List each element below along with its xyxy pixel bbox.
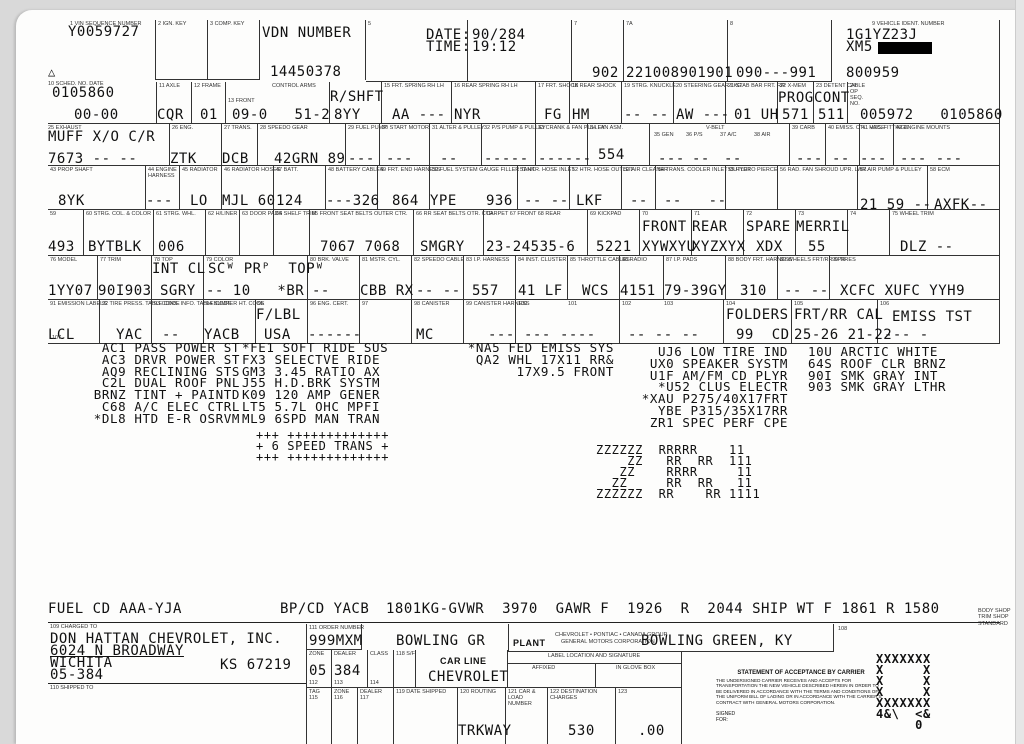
fuel-pump-cell: 29 FUEL PUMP --- bbox=[346, 124, 380, 166]
folders-cell: 104 FOLDERS 99 CD bbox=[724, 300, 792, 344]
zone2-cell: ZONE 116 bbox=[332, 688, 358, 744]
box70-label: 70 bbox=[642, 211, 648, 217]
alter-cell: 31 ALTER & PULLEY -- bbox=[430, 124, 482, 166]
top-value: SGRY bbox=[160, 284, 196, 298]
rr-seat-belts-value: SMGRY bbox=[420, 240, 465, 254]
frt-end-harness-value: 864 bbox=[392, 194, 419, 208]
cluster-value: 41 LF bbox=[518, 284, 563, 298]
fan-value: 554 bbox=[598, 148, 625, 162]
vbelt-label: V-BELT bbox=[706, 125, 725, 131]
box71-cell: 71 REAR XYZXYX bbox=[692, 210, 744, 256]
rear-spring-label: 16 REAR SPRING RH LH bbox=[454, 83, 518, 89]
order-number-cell: 111 ORDER NUMBER 999MXM bbox=[306, 624, 362, 650]
gen-value: --- bbox=[658, 152, 685, 166]
steering-cell: 20 STEERING GEAR LKG AW --- bbox=[674, 82, 726, 124]
cont-text: CONT bbox=[814, 91, 850, 105]
option-line: TRIM SHOP bbox=[978, 614, 1011, 620]
prop-shaft-value: 8YK bbox=[58, 194, 85, 208]
options-col-2: *FE1 SOFT RIDE SUSFX3 SELECTVE RIDEGM3 3… bbox=[242, 342, 432, 425]
rshft-value: 8YY bbox=[334, 108, 361, 122]
rshft-label: R/SHFT bbox=[330, 90, 384, 104]
speedo-label: 28 SPEEDO GEAR bbox=[260, 125, 308, 131]
gvwr-line: 1801KG-GVWR 3970 GAWR F 1926 R 2044 SHIP… bbox=[386, 602, 940, 616]
trans-cooler-value: -- -- bbox=[664, 194, 727, 208]
model-value: 1YY07 bbox=[48, 284, 93, 298]
folders-title: FOLDERS bbox=[726, 308, 789, 322]
trim-value: 90I903 bbox=[98, 284, 152, 298]
rad-hoses-cell: 46 RADIATOR HOSES MJL 60 bbox=[222, 166, 274, 210]
car-load-label: 121 CAR & LOAD NUMBER bbox=[508, 689, 548, 707]
start-motor-label: 30 START MOTOR bbox=[382, 125, 429, 131]
shipped-to-label: 110 SHIPPED TO bbox=[50, 685, 93, 691]
trans-value: DCB bbox=[222, 152, 249, 166]
box95-top: F/LBL bbox=[256, 308, 301, 322]
speedo-cell: 28 SPEEDO GEAR 42GRN 89 bbox=[258, 124, 346, 166]
box100-label: 100 bbox=[518, 301, 527, 307]
box102-label: 102 bbox=[622, 301, 631, 307]
front-seat-belts-label: 65 FRONT SEAT BELTS OUTER CTR. bbox=[312, 211, 408, 217]
dealer-code: 05-384 bbox=[50, 668, 104, 682]
sched-cell: 10 SCHED. NO. DATE 0105860 00-00 bbox=[48, 80, 156, 124]
knuckle-label: 19 STRG. KNUCKLE bbox=[624, 83, 676, 89]
control-arms-cell: CONTROL ARMS 13 FRONT 09-0 51-2 bbox=[226, 82, 330, 124]
htr-inlet-cell: 51 HTR. HOSE INLET -- -- bbox=[518, 166, 570, 210]
exhaust-value: 7673 -- -- bbox=[48, 152, 137, 166]
cal-cell: 105 FRT/RR CAL 25-26 21-22 bbox=[792, 300, 878, 344]
date-cell: 5 DATE: TIME: bbox=[366, 20, 468, 82]
eng-cell: 26 ENG. ZTK bbox=[170, 124, 222, 166]
eng-cert-label: 96 ENG. CERT. bbox=[310, 301, 348, 307]
glove-box-cell: IN GLOVE BOX bbox=[596, 664, 682, 688]
ign-key-label: 2 IGN. KEY bbox=[158, 21, 186, 27]
steering-value: AW --- bbox=[676, 108, 730, 122]
axle-cell: 11 AXLE CQR bbox=[156, 82, 192, 124]
affixed-label: AFFIXED bbox=[532, 665, 555, 671]
trans-cell: 27 TRANS. DCB bbox=[222, 124, 258, 166]
divider bbox=[48, 622, 1000, 623]
dealer2-label: DEALER 117 bbox=[360, 689, 382, 701]
engine-harness-label: 44 ENGINE HARNESS bbox=[148, 167, 180, 179]
label-location-label: LABEL LOCATION AND SIGNATURE bbox=[548, 653, 640, 659]
box72-value: XDX bbox=[756, 240, 783, 254]
batt-cables-cell: 48 BATTERY CABLES ---326 bbox=[326, 166, 378, 210]
triangle-icon: △ bbox=[48, 65, 56, 79]
vac-value: --- bbox=[860, 152, 887, 166]
stab-bar-label: 21 STAB BAR FRT. RR bbox=[728, 83, 785, 89]
comp-key-cell: 3 COMP. KEY bbox=[208, 20, 260, 80]
plant-cell: PLANT CHEVROLET • PONTIAC • CANADA GROUP… bbox=[508, 624, 834, 652]
kickpad-value: 5221 bbox=[596, 240, 632, 254]
fan-cell: 34 FAN ASM. 554 bbox=[588, 124, 650, 166]
box103-label: 103 bbox=[664, 301, 673, 307]
tires-value: XCFC XUFC YYH9 bbox=[840, 284, 965, 298]
box106-label: 106 bbox=[880, 301, 889, 307]
box5-label: 5 bbox=[368, 21, 371, 27]
date-value-cell: 90/284 19:12 bbox=[468, 20, 572, 82]
box101-label: 101 bbox=[568, 301, 577, 307]
emission-labels-label: 91 EMISSION LABELS bbox=[50, 301, 107, 307]
box72-cell: 72 SPARE XDX bbox=[744, 210, 796, 256]
rshft-cell: R/SHFT 8YY bbox=[330, 82, 382, 124]
sf-cell: 118 S/F bbox=[394, 650, 416, 688]
time-value: 19:12 bbox=[472, 40, 517, 54]
signed-for-label: SIGNED FOR: bbox=[716, 711, 738, 723]
option-line: +++ +++++++++++++ bbox=[256, 452, 389, 463]
box70-top: FRONT bbox=[642, 220, 687, 234]
ip-pads-label: 87 I.P. PADS bbox=[666, 257, 697, 263]
frame-cell: 12 FRAME 01 bbox=[192, 82, 226, 124]
box70-cell: 70 FRONT XYWXYU bbox=[640, 210, 692, 256]
carrier-title: STATEMENT OF ACCEPTANCE BY CARRIER bbox=[716, 670, 886, 676]
ps-pump-cell: 32 P/S PUMP & PULLEY ----- bbox=[482, 124, 536, 166]
htr-inlet-label: 51 HTR. HOSE INLET bbox=[520, 167, 575, 173]
psb-label: 36 P/S bbox=[686, 132, 703, 138]
car-load-cell: 121 CAR & LOAD NUMBER bbox=[506, 688, 548, 744]
box8-label: 8 bbox=[730, 21, 733, 27]
dest-charges-value: 530 bbox=[568, 724, 595, 738]
comp-key-label: 3 COMP. KEY bbox=[210, 21, 244, 27]
routing-label: 120 ROUTING bbox=[460, 689, 496, 695]
crank-cell: 33 CRANK & FAN PULLEY ------ bbox=[536, 124, 588, 166]
front-seat-belts-value: 7067 7068 bbox=[320, 240, 400, 254]
ip-harness-cell: 83 I.P. HARNESS 557 bbox=[464, 256, 516, 300]
front-value: 09-0 51-2 bbox=[232, 108, 330, 122]
divider bbox=[48, 683, 306, 684]
box7a-value: 221008901901 bbox=[626, 66, 733, 80]
vbelt-cell: V-BELT 35 GEN 36 P/S 37 A/C 38 AIR --- -… bbox=[650, 124, 790, 166]
date-shipped-cell: 119 DATE SHIPPED bbox=[394, 688, 458, 744]
ecm-label: 58 ECM bbox=[930, 167, 950, 173]
emis-hose-value: -- bbox=[832, 152, 850, 166]
fuel-code: FUEL CD AAA-YJA bbox=[48, 602, 182, 616]
speedo-cable-label: 82 SPEEDO CABLE bbox=[414, 257, 464, 263]
mounts-value: --- --- bbox=[900, 152, 963, 166]
box108-label: 108 bbox=[838, 626, 847, 632]
model-cell: 76 MODEL 1YY07 bbox=[48, 256, 98, 300]
knuckle-value: -- -- bbox=[624, 108, 669, 122]
gen-label: 35 GEN bbox=[654, 132, 674, 138]
rr-seat-belts-cell: 66 RR SEAT BELTS OTR. CTR SMGRY bbox=[414, 210, 484, 256]
throttle-cell: 85 THROTTLE CABLES WCS bbox=[568, 256, 620, 300]
box70-value: XYWXYU bbox=[642, 240, 696, 254]
box7a-label: 7A bbox=[626, 21, 633, 27]
box73-top: MERRIL bbox=[796, 220, 850, 234]
box73-value: 55 bbox=[808, 240, 826, 254]
ip-harness-value: 557 bbox=[472, 284, 499, 298]
option-line: ML9 6SPD MAN TRAN bbox=[242, 413, 432, 425]
zone2-label: ZONE 116 bbox=[334, 689, 352, 701]
cons-info-cell: 93 CONS. INFO. TABLE CODE -- bbox=[152, 300, 204, 344]
options-col-5: 10U ARCTIC WHITE64S ROOF CLR BRNZ90I SMK… bbox=[808, 346, 988, 393]
ip-pads-value: 79-39GY bbox=[664, 284, 727, 298]
box102-cell: 102 103 -- -- -- bbox=[620, 300, 724, 344]
vac-cell: 41 VAC. FITTINGS --- bbox=[860, 124, 894, 166]
mstr-cyl-value: CBB RX bbox=[360, 284, 414, 298]
radio-value: 4151 bbox=[620, 284, 656, 298]
dealer2-cell: DEALER 117 bbox=[358, 688, 394, 744]
canister-cell: 98 CANISTER MC bbox=[412, 300, 464, 344]
charged-to-label: 109 CHARGED TO bbox=[50, 624, 97, 630]
dealer-value: 384 bbox=[334, 664, 361, 678]
rear-shock-label: 18 REAR SHOCK bbox=[572, 83, 616, 89]
body-harness-value: 310 bbox=[740, 284, 767, 298]
axle-label: 11 AXLE bbox=[159, 83, 180, 89]
engine-harness-cell: 44 ENGINE HARNESS --- bbox=[146, 166, 180, 210]
carb-label: 39 CARB bbox=[792, 125, 815, 131]
box102-value: -- -- -- bbox=[628, 328, 699, 342]
rear-shock-value: HM bbox=[572, 108, 590, 122]
options-col-3: *NA5 FED EMISS SYSQA2 WHL 17X11 RR&17X9.… bbox=[434, 342, 614, 377]
date-shipped-label: 119 DATE SHIPPED bbox=[396, 689, 446, 695]
eng-label: 26 ENG. bbox=[172, 125, 193, 131]
body-harness-cell: 88 BODY FRT. HARNESS 310 bbox=[726, 256, 778, 300]
affixed-cell: AFFIXED bbox=[508, 664, 596, 688]
option-line: 903 SMK GRAY LTHR bbox=[808, 381, 988, 393]
speedo-cable-cell: 82 SPEEDO CABLE -- -- bbox=[412, 256, 464, 300]
canister-harness-cell: 99 CANISTER HARNESS --- bbox=[464, 300, 516, 344]
dealer-label: DEALER bbox=[334, 651, 356, 657]
x-box-stamp: XXXXXXXX XX XX XXXXXXXX4&\ <& 0 bbox=[876, 654, 931, 731]
brk-valve-value: -- bbox=[312, 284, 330, 298]
redaction-bar bbox=[878, 42, 932, 54]
prog-text: PROG bbox=[778, 91, 814, 105]
mstr-cyl-label: 81 MSTR. CYL. bbox=[362, 257, 401, 263]
carline-label: CAR LINE bbox=[440, 654, 487, 668]
option-line: ZZZZZZ RR RR 1111 bbox=[596, 489, 760, 500]
eng-cert-cell: 96 ENG. CERT. ------ bbox=[308, 300, 360, 344]
box7a-cell: 7A 221008901901 bbox=[624, 20, 728, 82]
carpet-value: 23-24535-6 bbox=[486, 240, 575, 254]
stab-bar-cell: 21 STAB BAR FRT. RR 01 UH bbox=[726, 82, 778, 124]
carpet-label: CARPET 67 FRONT 68 REAR bbox=[486, 211, 561, 217]
tires-label: 90 TIRES bbox=[832, 257, 856, 263]
option-line: 17X9.5 FRONT bbox=[434, 366, 614, 378]
top-top: INT CL bbox=[152, 262, 206, 276]
plant-value: BOWLING GREEN, KY bbox=[641, 634, 793, 648]
box59-cell: 59 493 bbox=[48, 210, 84, 256]
strg-col-label: 60 STRG. COL. & COLOR bbox=[86, 211, 151, 217]
op-seq-label: 24 OP SEQ. NO. bbox=[850, 83, 860, 107]
control-arms-label: CONTROL ARMS bbox=[272, 83, 316, 89]
frt-spring-label: 15 FRT. SPRING RH LH bbox=[384, 83, 444, 89]
carb-cell: 39 CARB --- bbox=[790, 124, 826, 166]
hydro-label: 55 HYDRO PIERCE bbox=[728, 167, 778, 173]
box71-value: XYZXYX bbox=[692, 240, 746, 254]
n113-label: 113 bbox=[334, 680, 343, 686]
n114-label: 114 bbox=[370, 680, 379, 686]
emiss-tst-cell: 106 EMISS TST --- - bbox=[878, 300, 1000, 344]
class-cell: CLASS 114 bbox=[368, 650, 394, 688]
wheels-cell: 89 WHEELS FRT/RR SPR -- -- bbox=[778, 256, 830, 300]
box8-value: 090---991 bbox=[736, 66, 816, 80]
hydro-cell: 55 HYDRO PIERCE bbox=[726, 166, 778, 210]
label-location-cell: LABEL LOCATION AND SIGNATURE bbox=[508, 652, 682, 664]
rr-seat-belts-label: 66 RR SEAT BELTS OTR. CTR bbox=[416, 211, 493, 217]
tires-cell: 90 TIRES XCFC XUFC YYH9 bbox=[830, 256, 1000, 300]
vin-cell: 9 VEHICLE IDENT. NUMBER 1G1YZ23J XM5 800… bbox=[832, 20, 1000, 82]
box71-label: 71 bbox=[694, 211, 700, 217]
box74-label: 74 bbox=[850, 211, 856, 217]
ip-pads-cell: 87 I.P. PADS 79-39GY bbox=[664, 256, 726, 300]
radio-label: 86 RADIO bbox=[622, 257, 647, 263]
stab-bar-value: 01 UH bbox=[734, 108, 779, 122]
tag-label: TAG 115 bbox=[309, 689, 327, 701]
exhaust-top: MUFF X/O C/R bbox=[48, 130, 155, 144]
options-col-1: AC1 PASS POWER STAC3 DRVR POWER STAQ9 RE… bbox=[50, 342, 240, 425]
alter-label: 31 ALTER & PULLEY bbox=[432, 125, 484, 131]
routing-value: TRKWAY bbox=[458, 724, 512, 738]
wheel-trim-value: DLZ -- bbox=[900, 240, 954, 254]
knuckle-cell: 19 STRG. KNUCKLE -- -- bbox=[622, 82, 674, 124]
sched-date: 00-00 bbox=[74, 108, 119, 122]
rad-hoses-label: 46 RADIATOR HOSES bbox=[224, 167, 280, 173]
eng-value: ZTK bbox=[170, 152, 197, 166]
start-motor-cell: 30 START MOTOR --- bbox=[380, 124, 430, 166]
box123-value: .00 bbox=[638, 724, 665, 738]
zone-value: 05 bbox=[309, 664, 327, 678]
vdn-cell: VDN NUMBER 14450378 bbox=[260, 20, 366, 80]
class-label: CLASS bbox=[370, 651, 388, 657]
strg-col-cell: 60 STRG. COL. & COLOR BYTBLK bbox=[84, 210, 154, 256]
box73-label: 73 bbox=[798, 211, 804, 217]
air-cleaner-value: -- bbox=[630, 194, 648, 208]
box8-cell: 8 090---991 bbox=[728, 20, 832, 82]
exhaust-cell: 25 EXHAUST MUFF X/O C/R 7673 -- -- bbox=[48, 124, 170, 166]
box59-label: 59 bbox=[50, 211, 56, 217]
strg-whl-cell: 61 STRG. WHL. 006 bbox=[154, 210, 206, 256]
axle-value: CQR bbox=[157, 108, 184, 122]
build-sheet: 1 VIN SEQUENCE NUMBER Y0059727 △ 2 IGN. … bbox=[16, 10, 1024, 744]
wheel-trim-cell: 75 WHEEL TRIM DLZ -- bbox=[890, 210, 1000, 256]
frt-shock-cell: 17 FRT. SHOCK FG bbox=[536, 82, 570, 124]
tire-press-cell: 92 TIRE PRESS. TABLE CODE YAC bbox=[100, 300, 152, 344]
options-col-4: UJ6 LOW TIRE INDUX0 SPEAKER SYSTMU1F AM/… bbox=[606, 346, 788, 429]
ac-value: -- bbox=[724, 152, 742, 166]
prop-shaft-label: 43 PROP SHAFT bbox=[50, 167, 93, 173]
dealer-state-zip: KS 67219 bbox=[220, 658, 291, 672]
trans-label: 27 TRANS. bbox=[224, 125, 252, 131]
trim-cell: 77 TRIM 90I903 bbox=[98, 256, 152, 300]
zone-label: ZONE bbox=[309, 651, 324, 657]
carrier-text: THE UNDERSIGNED CARRIER RECEIVES AND ACC… bbox=[716, 678, 886, 705]
radiator-value: LO bbox=[190, 194, 208, 208]
rear-shock-cell: 18 REAR SHOCK HM bbox=[570, 82, 622, 124]
vin-seq-cell: 1 VIN SEQUENCE NUMBER Y0059727 △ bbox=[48, 20, 156, 80]
vin-seq-value: Y0059727 bbox=[68, 25, 139, 39]
folders-value: 99 CD bbox=[736, 328, 790, 342]
n112-label: 112 bbox=[309, 680, 318, 686]
frt-spring-cell: 15 FRT. SPRING RH LH AA --- bbox=[382, 82, 452, 124]
shelf-trim-cell: 64 SHELF TRIM bbox=[274, 210, 310, 256]
cluster-cell: 84 INST. CLUSTER 41 LF bbox=[516, 256, 568, 300]
batt-label: 47 BATT. bbox=[276, 167, 298, 173]
psb-value: -- bbox=[692, 152, 710, 166]
strg-whl-value: 006 bbox=[158, 240, 185, 254]
box123-label: 123 bbox=[618, 689, 627, 695]
htr-outlet-cell: 52 HTR. HOSE OUTLET LKF bbox=[570, 166, 622, 210]
vin-line3: 800959 bbox=[846, 66, 900, 80]
canister-label: 98 CANISTER bbox=[414, 301, 449, 307]
door-pads-cell: 63 DOOR PADS bbox=[240, 210, 274, 256]
front-seat-belts-cell: 65 FRONT SEAT BELTS OUTER CTR. 7067 7068 bbox=[310, 210, 414, 256]
box97-cell: 97 bbox=[360, 300, 412, 344]
front-label: 13 FRONT bbox=[228, 98, 255, 104]
carb-value: --- bbox=[796, 152, 823, 166]
zone-cell: ZONE 05 112 bbox=[306, 650, 332, 688]
ign-key-cell: 2 IGN. KEY bbox=[156, 20, 208, 80]
detent-cell: 23 DETENT CABLE CONT 511 bbox=[814, 82, 848, 124]
bp-code: BP/CD YACB bbox=[280, 602, 369, 616]
bumper-cell: 94 BUMPER HT. CODE YACB bbox=[204, 300, 256, 344]
color-cell: 79 COLOR SCᵂ PRᴾ TOPᵂ -- 10 *BR bbox=[204, 256, 308, 300]
radio-cell: 86 RADIO 4151 bbox=[620, 256, 664, 300]
box123-cell: 123 .00 bbox=[616, 688, 682, 744]
rad-hoses-value: MJL 60 bbox=[222, 194, 276, 208]
detent-value: 511 bbox=[818, 108, 845, 122]
emiss-tst-value: --- - bbox=[884, 328, 929, 342]
six-speed-banner: +++ ++++++++++++++ 6 SPEED TRANS ++++ ++… bbox=[256, 430, 389, 463]
top-cell: 78 TOP INT CL SGRY bbox=[152, 256, 204, 300]
routing-cell: 120 ROUTING TRKWAY bbox=[458, 688, 506, 744]
bowling-text: BOWLING GR bbox=[396, 634, 485, 648]
carpet-cell: CARPET 67 FRONT 68 REAR 23-24535-6 bbox=[484, 210, 588, 256]
batt-value: 124 bbox=[276, 194, 303, 208]
op-seq-value: 005972 0105860 bbox=[860, 108, 1003, 122]
kickpad-label: 69 KICKPAD bbox=[590, 211, 621, 217]
option-line: ZR1 SPEC PERF CPE bbox=[606, 417, 788, 429]
color-value: -- 10 *BR bbox=[206, 284, 304, 298]
box72-top: SPARE bbox=[746, 220, 791, 234]
frt-end-harness-cell: 49 FRT. END HARNESS 864 bbox=[378, 166, 430, 210]
htr-outlet-value: LKF bbox=[576, 194, 603, 208]
trans-cooler-cell: 54 TRANS. COOLER INLET OUTLET -- -- bbox=[656, 166, 726, 210]
mstr-cyl-cell: 81 MSTR. CYL. CBB RX bbox=[360, 256, 412, 300]
fuel-tank-value: 936 bbox=[486, 194, 513, 208]
fan-label: 34 FAN ASM. bbox=[590, 125, 623, 131]
xmem-cell: 22 X-MEM PROG 571 bbox=[778, 82, 814, 124]
batt-cables-label: 48 BATTERY CABLES bbox=[328, 167, 384, 173]
vin-line2: XM5 bbox=[846, 40, 873, 54]
cal-title: FRT/RR CAL bbox=[794, 308, 883, 322]
box97-label: 97 bbox=[362, 301, 368, 307]
model-label: 76 MODEL bbox=[50, 257, 77, 263]
radiator-label: 45 RADIATOR bbox=[182, 167, 218, 173]
options-section-label: 107 bbox=[52, 335, 61, 341]
dest-charges-cell: 122 DESTINATION CHARGES 530 bbox=[548, 688, 616, 744]
vdn-number: 14450378 bbox=[270, 65, 341, 79]
frt-spring-value: AA --- bbox=[392, 108, 446, 122]
prop-shaft-cell: 43 PROP SHAFT 8YK bbox=[48, 166, 146, 210]
ps-pump-value: ----- bbox=[484, 152, 529, 166]
box74-cell: 74 bbox=[848, 210, 890, 256]
emiss-tst-title: EMISS TST bbox=[892, 310, 972, 324]
wheel-trim-label: 75 WHEEL TRIM bbox=[892, 211, 934, 217]
radiator-cell: 45 RADIATOR LO bbox=[180, 166, 222, 210]
brk-valve-label: 80 BRK. VALVE bbox=[310, 257, 349, 263]
box7-value: 902 bbox=[592, 66, 619, 80]
hliner-cell: 62 H/LINER bbox=[206, 210, 240, 256]
throttle-value: WCS bbox=[582, 284, 609, 298]
color-top: SCᵂ PRᴾ TOPᵂ bbox=[208, 262, 324, 276]
box7-label: 7 bbox=[574, 21, 577, 27]
crank-value: ------ bbox=[538, 152, 592, 166]
cluster-label: 84 INST. CLUSTER bbox=[518, 257, 566, 263]
box71-top: REAR bbox=[692, 220, 728, 234]
order-number-label: 111 ORDER NUMBER bbox=[309, 625, 364, 631]
sf-label: 118 S/F bbox=[396, 651, 415, 657]
xmem-value: 571 bbox=[782, 108, 809, 122]
carline-cell: CAR LINE CHEVROLET bbox=[416, 650, 508, 688]
